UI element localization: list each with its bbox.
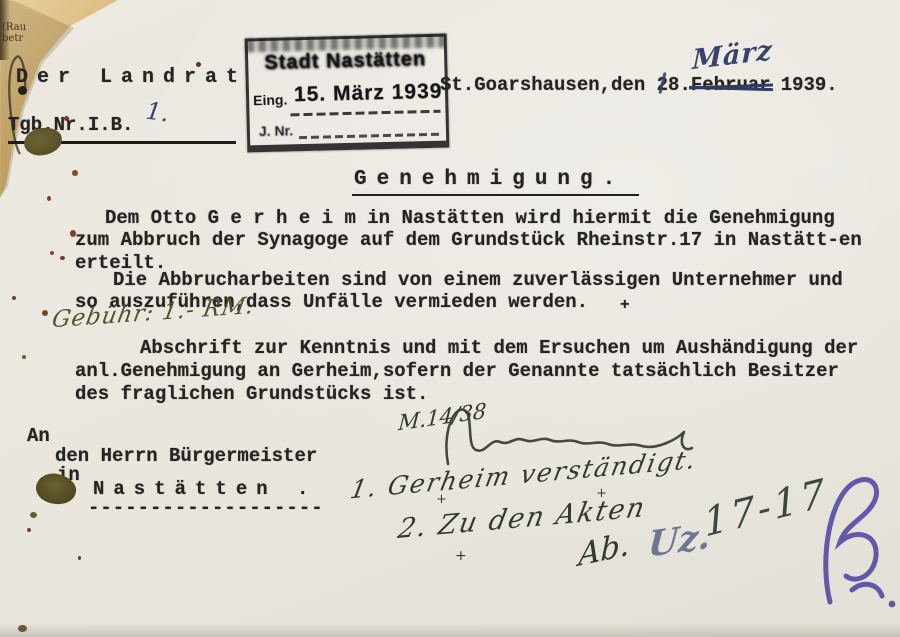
rust-speck [72,170,78,176]
printed-fragment-line1: (Rau [2,22,26,33]
plus-tick-3: + [455,548,467,564]
initials-dark-handwritten: Ab. [578,526,630,574]
address-to: An [27,425,50,447]
stamp-journal-label: J. Nr. [259,122,294,139]
document-title: Genehmigung. [352,168,639,196]
rust-speck [60,256,65,260]
date-month-handwritten: März [692,35,773,76]
paragraph3-line1: Abschrift zur Kenntnis und mit dem Ersuc… [140,337,858,359]
pencil-number-handwritten: 17-17 [702,470,830,546]
paragraph3-line3: des fraglichen Grundstücks ist. [75,383,428,405]
plus-tick-1: + [436,492,447,507]
place-date-prefix: St.Goarshausen,den [440,74,657,96]
address-line1: den Herrn Bürgermeister [55,445,317,467]
paragraph3-line2: anl.Genehmigung an Gerheim,sofern der Ge… [75,360,839,382]
scan-bottom-shadow [0,623,900,637]
date-month-struck: Februar [691,74,771,96]
paragraph1-line2: zum Abbruch der Synagoge auf dem Grundst… [75,229,862,251]
stamp-received-label: Eing. [253,91,288,108]
address-underline-dashes: ------------------- [88,497,324,519]
reference-handwritten-mark: 1. [144,97,171,128]
receipt-stamp: Stadt Nastätten Eing. 15. März 1939 J. N… [245,34,450,153]
printed-fragment-line2: betr [2,33,26,44]
rust-speck [30,512,37,518]
rust-speck [27,528,31,532]
rust-speck [42,310,48,316]
initials-grey-handwritten: Uz. [647,515,712,566]
rust-speck [70,230,76,237]
printed-fragment: (Rau betr [2,22,26,44]
scanned-document-page: (Rau betr Der Landrat Tgb.Nr.I.B. 1. Sta… [0,0,900,637]
rust-speck [50,251,54,255]
place-date-line: St.Goarshausen,den 28.Februar1939. [440,74,838,96]
paragraph2-line1: Die Abbrucharbeiten sind von einem zuver… [113,269,843,291]
rust-speck [64,116,69,121]
violet-paraph-mark [812,472,900,632]
rust-speck [12,296,16,300]
stamp-city-name: Stadt Nastätten [253,48,438,75]
paragraph1-line1: Dem Otto G e r h e i m in Nastätten wird… [105,207,835,229]
rust-speck [22,355,26,359]
ink-speck [18,86,27,95]
reference-label: Tgb.Nr.I.B. [8,114,133,136]
sender-title: Der Landrat [16,66,247,89]
plus-mark: + [620,296,630,314]
rust-speck [196,62,201,67]
plus-tick-2: + [596,486,607,501]
date-year: 1939. [781,74,838,96]
rust-speck [47,196,51,201]
stamp-received-date: 15. März 1939 [294,80,443,108]
rust-speck [78,556,81,560]
